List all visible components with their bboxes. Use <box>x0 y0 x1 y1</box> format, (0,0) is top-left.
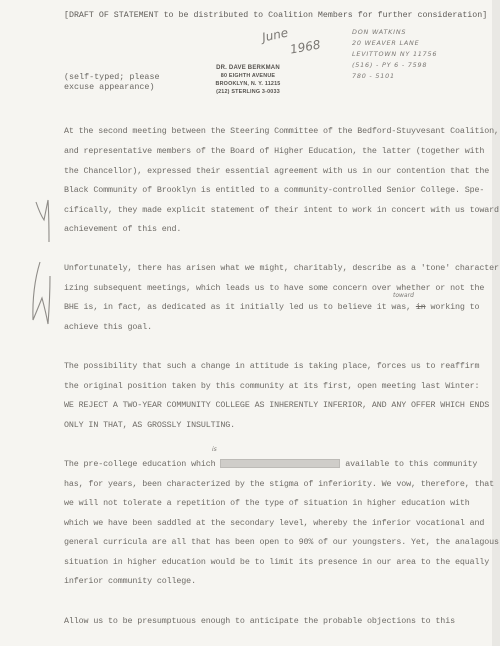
text-line: The pre-college education which availabl… <box>64 459 477 469</box>
text-line: the Chancellor), expressed their essenti… <box>64 166 489 176</box>
text-line: has, for years, been characterized by th… <box>64 479 494 489</box>
text-line: general curricula are all that has been … <box>64 537 499 547</box>
text-line: and representative members of the Board … <box>64 146 484 156</box>
letterhead-phone: (212) STERLING 3-0033 <box>200 88 296 96</box>
text-line: At the second meeting between the Steeri… <box>64 126 499 136</box>
text-line: we will not tolerate a repetition of the… <box>64 498 470 508</box>
text-line: izing subsequent meetings, which leads u… <box>64 283 484 293</box>
letterhead: DR. DAVE BERKMAN 80 EIGHTH AVENUE BROOKL… <box>200 64 296 96</box>
handwritten-insertion: toward <box>393 292 414 299</box>
text-line: achieve this goal. <box>64 322 152 332</box>
page-edge <box>492 0 500 646</box>
text-line: Unfortunately, there has arisen what we … <box>64 263 500 273</box>
text-line: which we have been saddled at the second… <box>64 518 484 528</box>
margin-mark-icon <box>34 196 56 246</box>
text-line: ONLY IN THAT, AS GROSSLY INSULTING. <box>64 420 235 430</box>
text-segment: available to this community <box>340 459 477 469</box>
note-line: excuse appearance) <box>64 82 160 92</box>
draft-header: [DRAFT OF STATEMENT to be distributed to… <box>64 11 487 20</box>
struck-word: in <box>416 302 426 312</box>
text-segment: BHE is, in fact, as dedicated as it init… <box>64 302 416 312</box>
handwritten-address-line: 780 - 5101 <box>352 72 395 80</box>
letterhead-street: 80 EIGHTH AVENUE <box>200 72 296 80</box>
redacted-text <box>220 459 340 468</box>
self-typed-note: (self-typed; please excuse appearance) <box>64 72 160 92</box>
margin-mark-icon <box>28 258 54 328</box>
text-segment: The pre-college education which <box>64 459 220 469</box>
text-line: the original position taken by this comm… <box>64 381 479 391</box>
text-line: BHE is, in fact, as dedicated as it init… <box>64 302 479 312</box>
text-line: cifically, they made explicit statement … <box>64 205 499 215</box>
note-line: (self-typed; please <box>64 72 160 82</box>
text-segment: working to <box>426 302 480 312</box>
letterhead-name: DR. DAVE BERKMAN <box>200 64 296 72</box>
handwritten-address-line: DON WATKINS <box>352 28 406 36</box>
text-line: Allow us to be presumptuous enough to an… <box>64 616 455 626</box>
text-line: inferior community college. <box>64 576 196 586</box>
handwritten-insertion: is <box>212 446 217 453</box>
handwritten-address-line: 20 WEAVER LANE <box>352 39 419 47</box>
handwritten-address-line: LEVITTOWN NY 11756 <box>352 50 437 58</box>
text-line: The possibility that such a change in at… <box>64 361 479 371</box>
text-line: Black Community of Brooklyn is entitled … <box>64 185 484 195</box>
text-line: achievement of this end. <box>64 224 181 234</box>
text-line: situation in higher education would be t… <box>64 557 489 567</box>
text-line: WE REJECT A TWO-YEAR COMMUNITY COLLEGE A… <box>64 400 489 410</box>
letterhead-city: BROOKLYN, N. Y. 11215 <box>200 80 296 88</box>
handwritten-address-line: (516) - PY 6 - 7598 <box>352 61 427 69</box>
